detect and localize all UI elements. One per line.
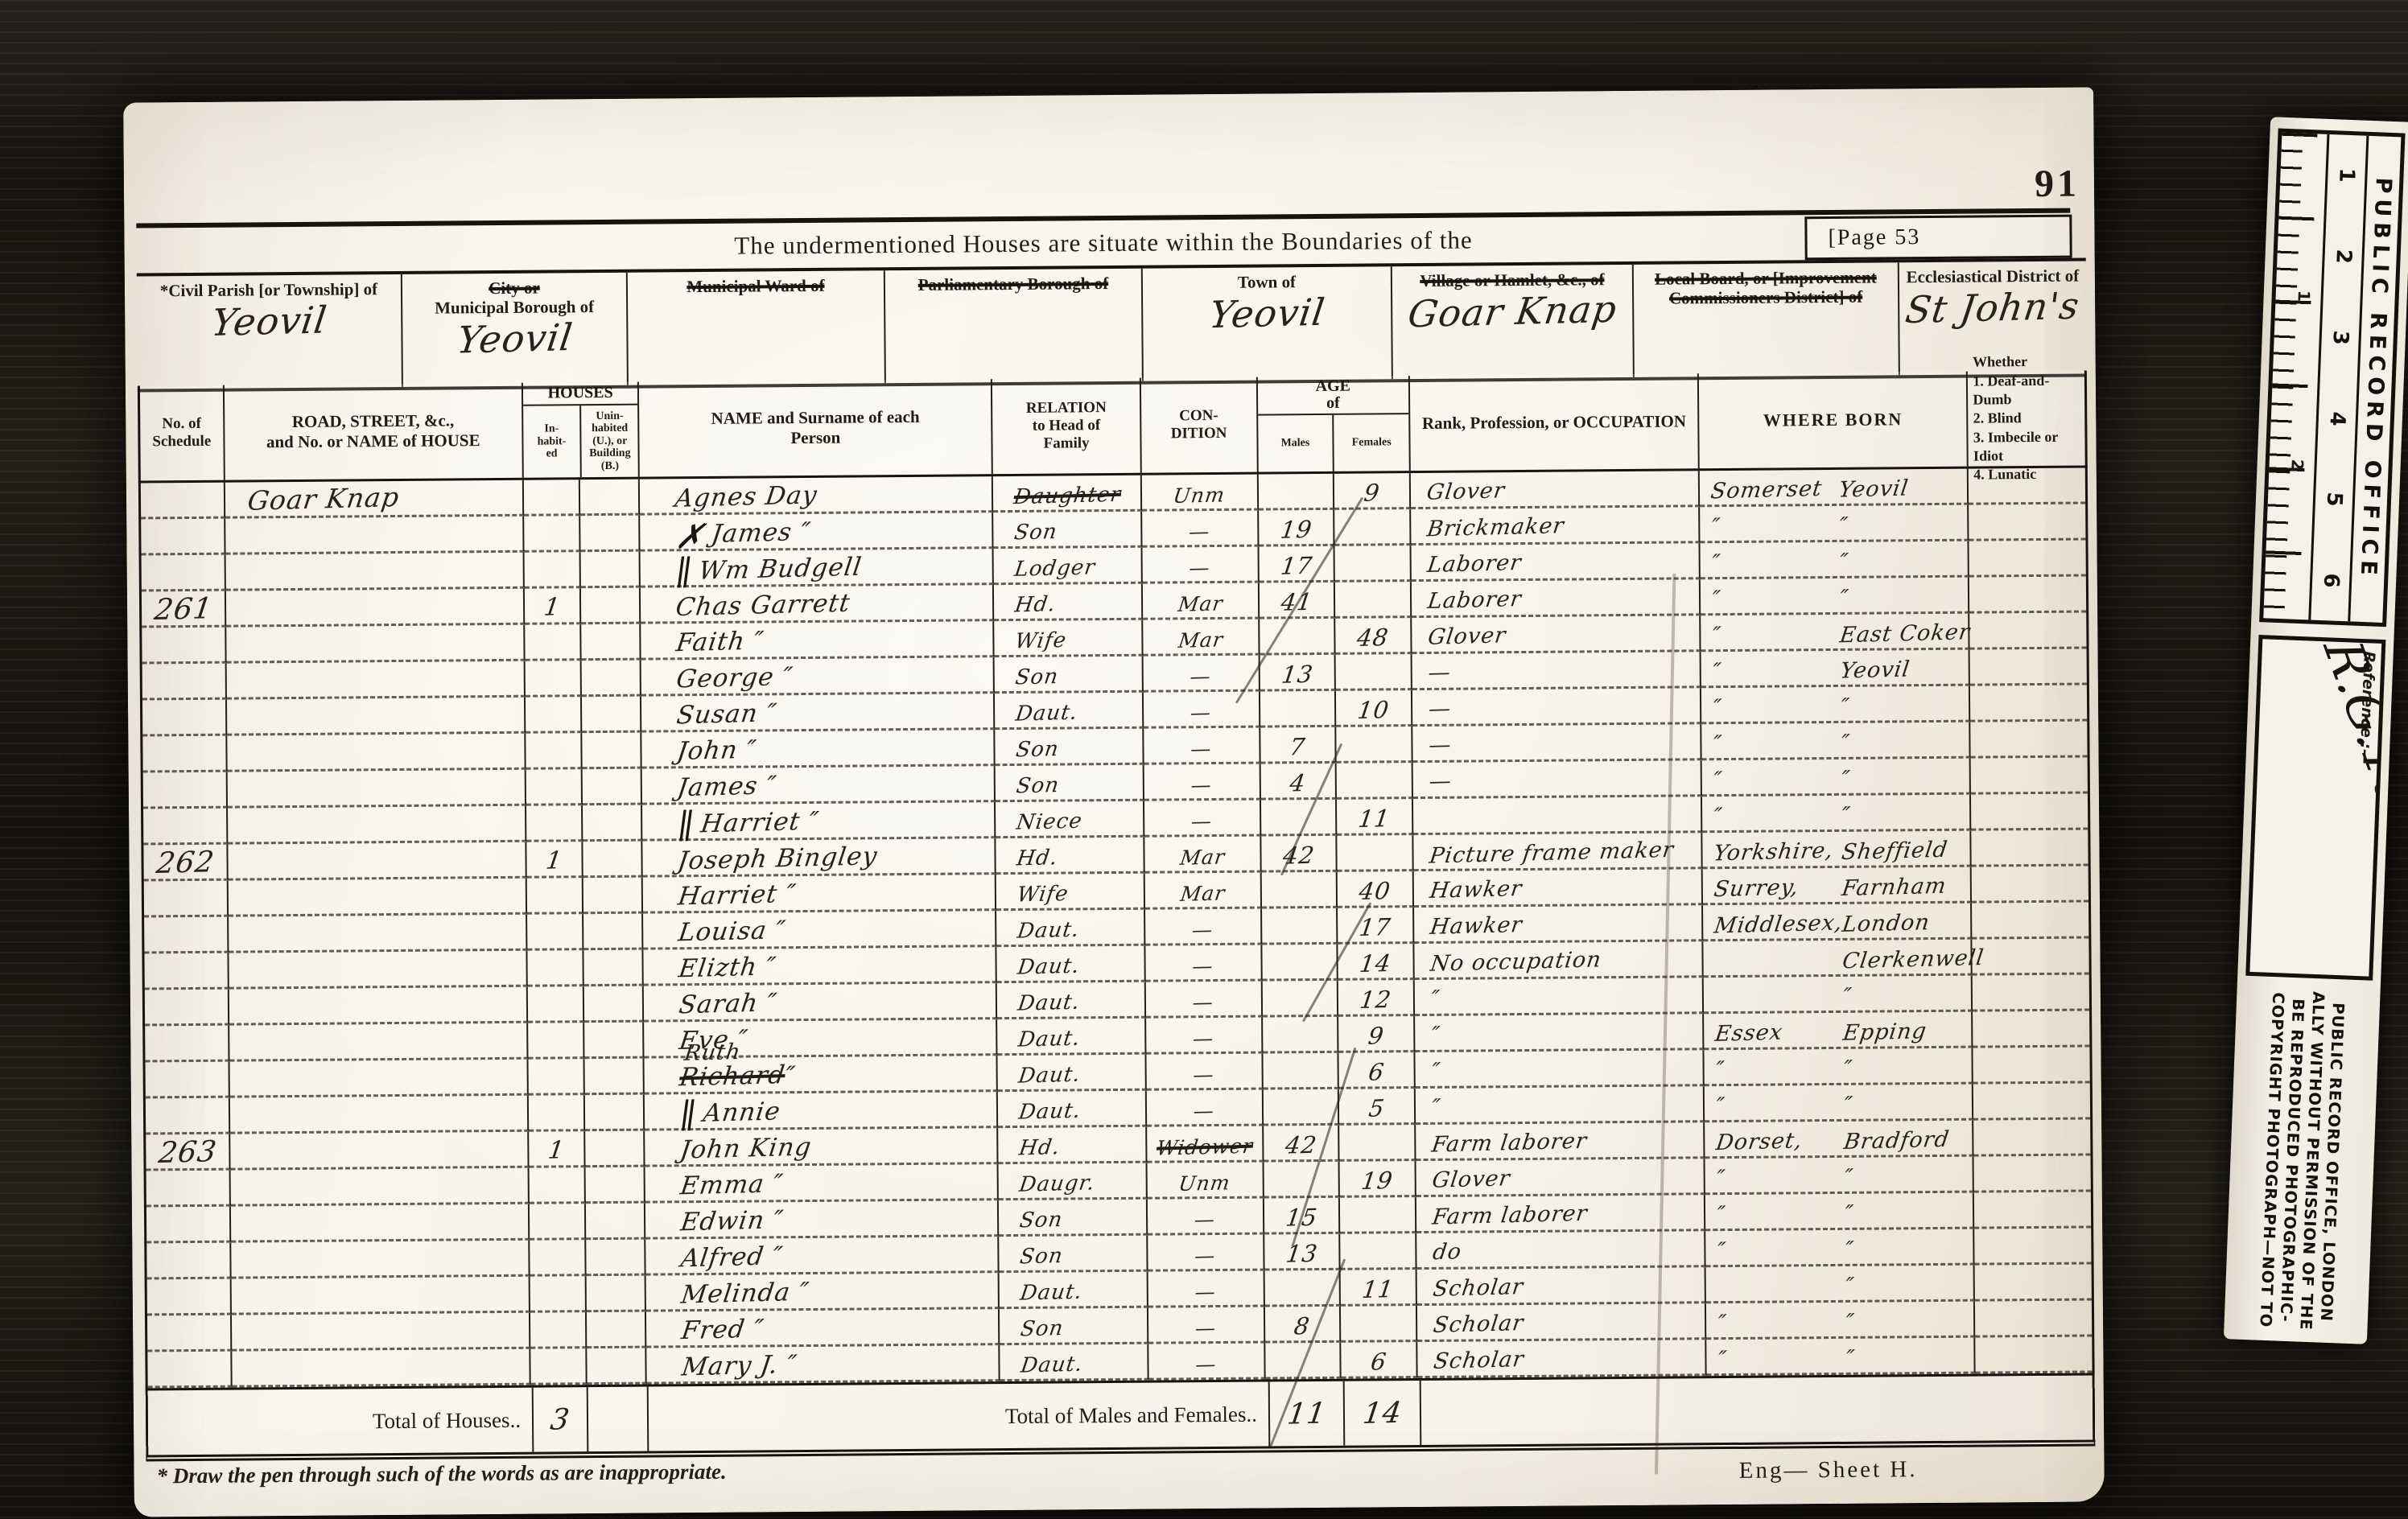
district-field-label: Commissioners District] of (1669, 287, 1862, 308)
inhabited-cell: 1 (525, 588, 581, 625)
condition-value: — (1189, 663, 1213, 690)
road-cell (232, 1313, 530, 1352)
road-cell (231, 1204, 530, 1243)
condition-value: — (1187, 518, 1211, 545)
relation-cell: Son (999, 1200, 1148, 1237)
totals-row: Total of Houses.. 3 Total of Males and F… (146, 1373, 2096, 1461)
district-field-value: Yeovil (1206, 290, 1327, 337)
road-cell (230, 1096, 529, 1134)
condition-cell: Mar (1143, 620, 1260, 657)
inhabited-cell (530, 1312, 587, 1349)
age-male-value: 13 (1284, 1239, 1320, 1269)
page-ref: [Page 53 (1828, 224, 1920, 251)
relation-value: Daut. (1017, 1097, 1083, 1126)
condition-value: Mar (1177, 626, 1225, 653)
condition-cell: Unm (1142, 475, 1259, 512)
condition-value: — (1192, 1061, 1216, 1089)
occupation-cell: — (1413, 760, 1702, 799)
name-value: Chas Garrett (674, 588, 853, 624)
district-field-4: Parliamentary Borough of (885, 269, 1144, 384)
disability-cell (1971, 721, 2088, 758)
condition-value: Mar (1178, 879, 1227, 907)
uninhabited-cell (584, 1023, 645, 1060)
uninhabited-cell (582, 733, 642, 770)
age-male-cell: 8 (1265, 1307, 1342, 1344)
inhabited-cell (530, 1348, 587, 1385)
born-county-value: Surrey, (1713, 875, 1800, 902)
inhabited-value: 1 (546, 1136, 567, 1166)
age-male-cell (1260, 691, 1337, 728)
name-cell: Mary J. ″ (647, 1345, 1000, 1384)
occupation-value: — (1426, 658, 1453, 688)
relation-value: Son (1015, 772, 1062, 800)
age-male-cell (1264, 1162, 1340, 1199)
born-county-value: ″ (1717, 1347, 1729, 1372)
born-place-value: ″ (1844, 1274, 1856, 1299)
inhabited-cell (526, 878, 583, 915)
occupation-value: Laborer (1426, 585, 1524, 616)
born-county-value: ″ (1712, 768, 1724, 792)
district-field-label: Municipal Borough of (435, 297, 594, 318)
schedule-cell (145, 990, 229, 1027)
schedule-cell (142, 555, 226, 592)
name-value: John King (678, 1132, 814, 1166)
inhabited-cell (528, 1023, 584, 1060)
born-county-value: Essex (1713, 1020, 1784, 1047)
uninhabited-cell (580, 588, 641, 625)
district-field-7: Local Board, or [ImprovementCommissioner… (1634, 262, 1900, 377)
condition-cell: — (1142, 511, 1259, 548)
district-field-label-top: Local Board, or [Improvement (1655, 268, 1877, 289)
road-cell (231, 1277, 530, 1315)
relation-cell: Wife (995, 620, 1144, 657)
schedule-cell (147, 1315, 232, 1352)
condition-cell: — (1148, 1344, 1265, 1381)
occupation-value: ″ (1429, 1057, 1442, 1086)
born-cell: ″″ (1706, 1302, 1975, 1340)
relation-cell: Son (1000, 1236, 1148, 1273)
condition-cell: — (1144, 764, 1261, 801)
name-value: Emma ″ (678, 1168, 785, 1201)
road-cell (229, 915, 527, 953)
born-county-value: ″ (1714, 1093, 1726, 1118)
occupation-cell: — (1412, 724, 1701, 763)
ruler-cm-mark: 5 (2322, 492, 2347, 507)
inhabited-cell (528, 986, 584, 1023)
name-value: Annie (701, 1096, 782, 1128)
occupation-value: — (1428, 767, 1454, 797)
occupation-cell: Glover (1411, 471, 1700, 509)
age-female-cell: 12 (1338, 980, 1415, 1017)
inhabited-cell (529, 1167, 585, 1204)
born-cell: ″″ (1700, 505, 1969, 544)
age-female-value: 10 (1356, 695, 1392, 725)
age-female-value: 14 (1358, 949, 1393, 978)
occupation-cell: No occupation (1415, 941, 1704, 980)
age-female-value: 40 (1358, 876, 1393, 906)
born-cell: ″″ (1701, 686, 1970, 725)
schedule-cell (145, 1026, 229, 1063)
road-cell (225, 553, 524, 591)
age-male-value: 4 (1289, 768, 1308, 798)
occupation-value: Glover (1430, 1164, 1512, 1195)
age-male-cell (1258, 474, 1334, 511)
occupation-value: Hawker (1428, 875, 1524, 906)
uninhabited-cell (583, 805, 643, 842)
condition-cell: — (1146, 1054, 1263, 1091)
name-stack: RuthRichard (680, 1060, 785, 1092)
inhabited-cell (526, 805, 583, 842)
condition-cell: — (1144, 728, 1260, 765)
enumerator-mark: ✗ (674, 525, 707, 550)
condition-cell: — (1146, 1018, 1263, 1055)
name-cell: Sarah ″ (644, 983, 997, 1022)
uninhabited-cell (580, 552, 641, 589)
occupation-value: Laborer (1425, 549, 1523, 580)
disability-cell (1972, 829, 2088, 867)
born-place-value: Clerkenwell (1841, 945, 1985, 974)
inhabited-cell (526, 697, 582, 734)
inhabited-cell (525, 624, 581, 661)
age-female-cell (1336, 654, 1412, 691)
condition-value: Unm (1172, 481, 1227, 509)
occupation-value: Brickmaker (1425, 512, 1566, 544)
name-cell: Edwin ″ (645, 1200, 999, 1239)
born-county-value: ″ (1715, 1202, 1727, 1227)
age-female-value: 6 (1367, 1057, 1386, 1087)
born-cell: ″″ (1702, 795, 1971, 834)
totals-males-value: 11 (1285, 1397, 1328, 1430)
col-group-age: AGE of Males Females (1257, 376, 1410, 471)
relation-cell: Daut. (1000, 1272, 1148, 1309)
age-male-cell (1264, 1270, 1341, 1307)
inhabited-cell (530, 1276, 586, 1313)
name-struck: Richard (678, 1060, 787, 1093)
sheet-ref: Eng— Sheet H. (1739, 1456, 1918, 1484)
schedule-value: 261 (152, 594, 214, 626)
disability-cell (1974, 1155, 2091, 1192)
road-cell (229, 987, 528, 1026)
schedule-cell (147, 1279, 232, 1316)
schedule-cell (141, 519, 225, 556)
relation-value: Daut. (1016, 916, 1082, 945)
district-field-label: Parliamentary Borough of (918, 274, 1109, 294)
age-female-cell (1337, 763, 1413, 800)
relation-cell: Son (994, 512, 1143, 549)
age-male-cell (1261, 800, 1338, 837)
district-field-3: Municipal Ward of (628, 270, 886, 385)
born-cell: EssexEpping (1704, 1012, 1973, 1051)
pro-ruler: 1 2 123456 PUBLIC RECORD OFFICE (2259, 129, 2405, 628)
born-county-value: Somerset (1709, 476, 1824, 504)
age-female-cell: 19 (1340, 1161, 1416, 1198)
born-county-value: ″ (1715, 1166, 1727, 1191)
relation-value: Son (1015, 735, 1062, 764)
age-female-cell (1335, 582, 1412, 619)
age-female-value: 6 (1369, 1347, 1388, 1377)
occupation-value: ″ (1429, 1021, 1442, 1050)
born-cell: ″″ (1707, 1338, 1976, 1377)
relation-cell: Wife (996, 874, 1145, 911)
born-place-value: Yeovil (1837, 475, 1911, 502)
inhabited-value: 1 (544, 846, 564, 876)
disability-cell (1973, 1047, 2090, 1084)
born-county-value: ″ (1711, 659, 1723, 684)
condition-cell: — (1148, 1307, 1265, 1344)
condition-cell: — (1144, 692, 1260, 729)
disability-cell (1975, 1300, 2092, 1337)
age-male-value: 19 (1278, 515, 1313, 545)
disability-cell (1975, 1228, 2092, 1265)
road-value: Goar Knap (223, 481, 402, 518)
age-male-value: 17 (1279, 551, 1314, 581)
born-place-value: ″ (1841, 984, 1853, 1009)
age-male-cell: 4 (1260, 764, 1337, 801)
inhabited-cell (525, 661, 581, 698)
road-cell (229, 1060, 528, 1098)
born-cell: ″″ (1705, 1157, 1974, 1196)
relation-value: Daut. (1016, 1025, 1082, 1054)
relation-value: Daut. (1014, 699, 1080, 728)
born-place-value: Epping (1841, 1019, 1928, 1046)
col-header-road: ROAD, STREET, &c., and No. or NAME of HO… (225, 383, 524, 480)
born-cell: ″″ (1705, 1229, 1974, 1268)
census-sheet: 91 The undermentioned Houses are situate… (123, 87, 2105, 1517)
condition-cell: Widower (1147, 1126, 1264, 1163)
name-cell: Chas Garrett (641, 585, 994, 624)
schedule-cell (144, 881, 229, 918)
age-male-cell (1260, 619, 1336, 656)
condition-value: Mar (1176, 590, 1224, 617)
condition-value: — (1190, 916, 1214, 944)
ruler-cm-mark: 1 (2334, 168, 2359, 183)
disability-cell (1970, 613, 2087, 650)
age-female-cell: 48 (1336, 618, 1412, 655)
born-place-value: ″ (1839, 694, 1851, 719)
page-title: The undermentioned Houses are situate wi… (734, 225, 1473, 259)
name-value: Joseph Bingley (676, 841, 880, 876)
relation-value: Son (1018, 1206, 1065, 1234)
inhabited-cell: 1 (526, 842, 583, 879)
condition-value: Mar (1178, 843, 1227, 871)
census-table: No. of Schedule ROAD, STREET, &c., and N… (138, 370, 2095, 1461)
name-cell: Elizth ″ (644, 947, 997, 986)
disability-cell (1974, 1119, 2091, 1156)
occupation-value: Scholar (1432, 1345, 1526, 1377)
road-cell (226, 661, 525, 700)
disability-cell (1969, 504, 2086, 541)
district-field-1: *Civil Parish [or Township] ofYeovil (137, 274, 403, 389)
occupation-cell: Scholar (1417, 1340, 1706, 1378)
name-value: Agnes Day (674, 480, 820, 513)
relation-value: Daut. (1016, 953, 1082, 982)
occupation-cell: Brickmaker (1411, 507, 1700, 545)
name-cell: Melinda ″ (646, 1273, 1000, 1311)
born-place-value: Sheffield (1840, 838, 1949, 865)
relation-cell: Hd. (999, 1127, 1148, 1164)
born-cell: ″Yeovil (1701, 650, 1970, 689)
name-cell: Faith ″ (641, 621, 995, 660)
age-female-cell: 11 (1341, 1270, 1417, 1307)
relation-cell: Hd. (994, 584, 1143, 621)
born-place-value: ″ (1843, 1165, 1855, 1190)
age-female-value: 11 (1361, 1274, 1396, 1304)
age-female-cell (1340, 1197, 1416, 1234)
born-county-value: ″ (1711, 623, 1723, 648)
uninhabited-cell (587, 1348, 647, 1385)
age-female-value: 9 (1363, 478, 1382, 508)
age-male-cell (1263, 1089, 1339, 1126)
born-place-value: ″ (1840, 767, 1852, 792)
name-cell: Susan ″ (641, 694, 995, 732)
totals-females-value: 14 (1361, 1396, 1404, 1430)
relation-value: Daugr. (1018, 1169, 1097, 1198)
schedule-cell (143, 772, 228, 809)
schedule-cell (146, 1243, 231, 1280)
disability-cell (1970, 649, 2087, 686)
condition-cell: Mar (1143, 583, 1260, 620)
occupation-value: Scholar (1432, 1309, 1526, 1340)
born-cell: Yorkshire,Sheffield (1703, 831, 1972, 870)
age-female-cell (1340, 1125, 1416, 1162)
born-cell: ″East Coker (1701, 614, 1969, 652)
occupation-value: — (1427, 731, 1453, 760)
name-value: John ″ (675, 735, 759, 768)
condition-value: — (1193, 1206, 1217, 1233)
condition-cell: — (1144, 656, 1260, 693)
born-place-value: Bradford (1842, 1127, 1951, 1155)
relation-value: Hd. (1013, 591, 1058, 619)
schedule-cell (142, 700, 227, 737)
uninhabited-cell (582, 697, 642, 734)
road-cell (230, 1168, 529, 1207)
schedule-cell (141, 483, 225, 520)
relation-value: Daut. (1019, 1278, 1085, 1307)
totals-males-females-label: Total of Males and Females.. (649, 1402, 1268, 1431)
condition-value: — (1191, 953, 1215, 980)
occupation-value: ″ (1429, 985, 1442, 1014)
age-female-cell (1337, 727, 1413, 764)
name-cell: Louisa ″ (643, 911, 996, 949)
name-cell: ✗James ″ (641, 513, 994, 551)
age-male-cell (1263, 1053, 1339, 1090)
relation-value: Son (1014, 663, 1061, 691)
age-male-cell (1261, 872, 1338, 909)
relation-value: Wife (1013, 627, 1068, 656)
age-male-cell: 42 (1261, 836, 1338, 873)
condition-value: — (1191, 989, 1215, 1016)
condition-cell: — (1148, 1235, 1264, 1272)
inhabited-cell (524, 552, 580, 589)
name-cell: ∥Wm Budgell (641, 549, 994, 587)
schedule-cell (146, 1207, 231, 1244)
age-female-cell: 10 (1336, 690, 1412, 727)
name-value: Melinda ″ (679, 1277, 811, 1311)
uninhabited-cell (585, 1131, 645, 1168)
schedule-cell: 263 (146, 1134, 230, 1171)
age-male-cell (1263, 1017, 1339, 1054)
occupation-cell: do (1416, 1231, 1705, 1270)
occupation-value: Glover (1426, 621, 1508, 652)
age-male-value: 7 (1288, 732, 1307, 762)
road-cell (228, 806, 526, 845)
disability-cell (1969, 577, 2086, 614)
ruler-cm-mark: 3 (2328, 330, 2352, 345)
relation-value: Niece (1015, 808, 1084, 837)
born-county-value: ″ (1716, 1238, 1728, 1263)
ruler-inch-mark: 1 (2294, 290, 2314, 302)
born-cell: Clerkenwell (1704, 940, 1973, 978)
enumerator-mark: ∥ (674, 561, 694, 586)
road-cell (226, 589, 525, 628)
occupation-cell: Hawker (1414, 869, 1703, 908)
condition-cell: — (1144, 801, 1261, 838)
born-place-value: East Coker (1838, 620, 1972, 648)
born-cell: ″″ (1702, 759, 1971, 797)
relation-value: Daut. (1016, 989, 1082, 1018)
relation-cell: Daughter (993, 475, 1142, 513)
disability-cell (1973, 974, 2089, 1011)
age-female-cell (1335, 509, 1412, 546)
disability-cell (1973, 938, 2089, 975)
condition-value: — (1190, 772, 1214, 799)
name-cell: John ″ (642, 730, 996, 768)
age-male-cell: 13 (1264, 1234, 1341, 1271)
occupation-value: ″ (1430, 1093, 1443, 1122)
disability-cell (1969, 468, 2085, 505)
disability-cell (1973, 1011, 2089, 1048)
age-female-cell: 14 (1338, 944, 1415, 981)
relation-value: Hd. (1016, 844, 1060, 872)
reference-box: Reference :— R.G.10/2417 (2245, 635, 2385, 981)
schedule-cell (147, 1352, 232, 1389)
occupation-cell: ″ (1415, 1014, 1704, 1052)
inhabited-cell (524, 516, 580, 553)
disability-cell (1971, 757, 2088, 794)
totals-tail (1421, 1375, 2093, 1445)
relation-cell: Daugr. (999, 1163, 1148, 1200)
col-header-condition: CON- DITION (1141, 377, 1259, 473)
age-female-cell: 6 (1342, 1342, 1418, 1379)
col-header-born: WHERE BORN (1699, 372, 1969, 469)
inhabited-cell (526, 733, 582, 770)
district-field-label: Ecclesiastical District of (1907, 266, 2080, 287)
district-field-6: Village or Hamlet, &c., ofGoar Knap (1392, 265, 1635, 379)
inhabited-cell (524, 480, 580, 517)
col-header-houses: HOUSES (523, 382, 638, 406)
totals-houses-label: Total of Houses.. (148, 1407, 532, 1435)
age-female-value: 48 (1355, 623, 1391, 652)
age-female-value: 19 (1360, 1166, 1396, 1196)
census-scan-page: { "film": { "page_number": "91", "ruler"… (0, 0, 2408, 1519)
name-value: Sarah ″ (678, 987, 780, 1020)
condition-value: Unm (1177, 1169, 1232, 1197)
uninhabited-cell (583, 842, 643, 879)
condition-cell: — (1143, 547, 1260, 584)
census-table-header: No. of Schedule ROAD, STREET, &c., and N… (138, 370, 2088, 483)
schedule-value: 262 (154, 847, 216, 879)
uninhabited-cell (583, 878, 643, 915)
district-field-label: Town of (1238, 272, 1296, 292)
district-field-5: Town ofYeovil (1143, 266, 1393, 381)
born-county-value: ″ (1710, 587, 1722, 611)
ruler-cm-mark: 6 (2319, 573, 2344, 588)
name-value: Wm Budgell (697, 552, 864, 587)
relation-value: Son (1019, 1315, 1066, 1343)
inhabited-cell (526, 769, 582, 806)
uninhabited-cell (587, 1312, 647, 1349)
condition-value: — (1190, 808, 1214, 835)
